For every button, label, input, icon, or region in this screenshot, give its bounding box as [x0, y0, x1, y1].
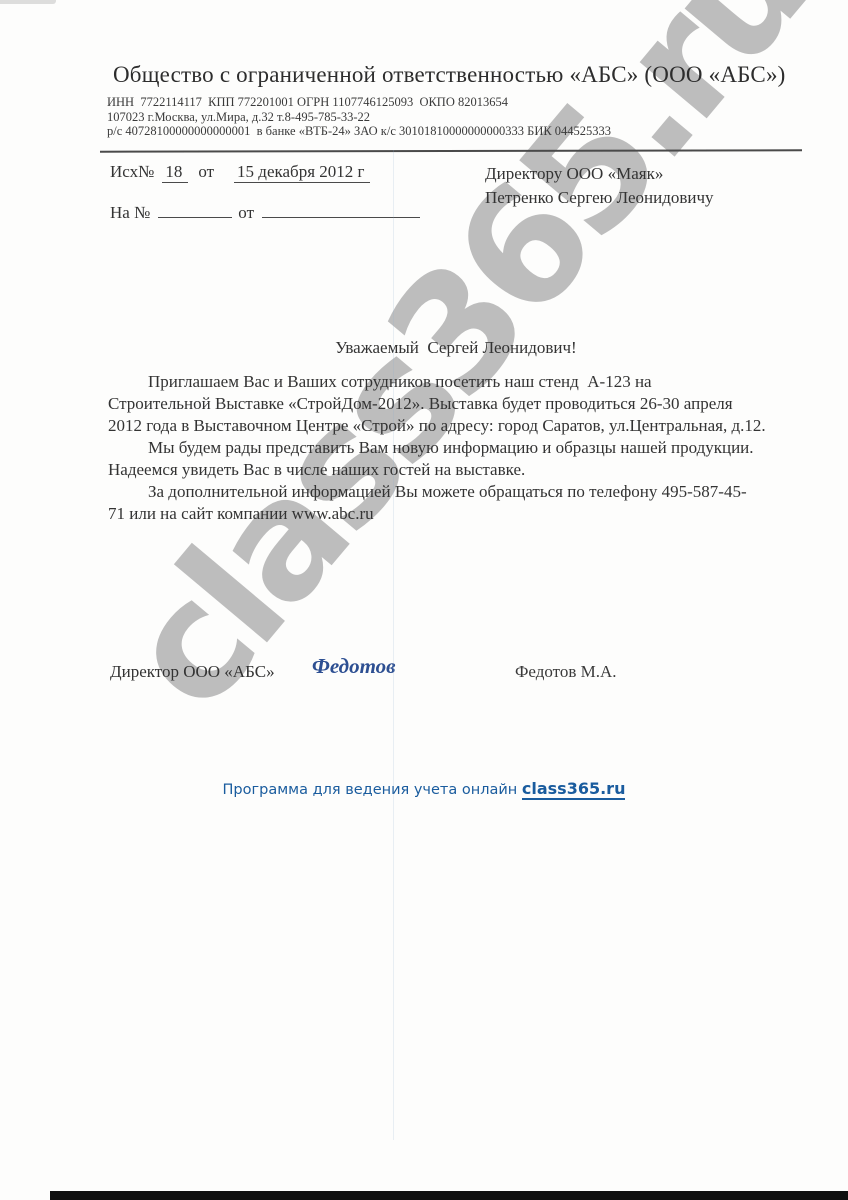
scan-corner-smudge: [0, 0, 56, 4]
incoming-ref-label: На №: [110, 203, 150, 222]
signature-position: Директор ООО «АБС»: [110, 662, 275, 682]
paragraph-invitation: Приглашаем Вас и Ваших сотрудников посет…: [108, 371, 804, 437]
signature-name: Федотов М.А.: [515, 662, 617, 682]
outgoing-ref-number: 18: [162, 162, 188, 183]
greeting-line: Уважаемый Сергей Леонидович!: [108, 337, 804, 359]
outgoing-reference-line: Исх№18от15 декабря 2012 г: [110, 162, 370, 182]
outgoing-ref-from-word: от: [198, 162, 214, 181]
recipient-line-1: Директору ООО «Маяк»: [485, 162, 714, 186]
letter-body: Уважаемый Сергей Леонидович! Приглашаем …: [108, 337, 804, 525]
recipient-block: Директору ООО «Маяк» Петренко Сергею Лео…: [485, 162, 714, 210]
recipient-line-2: Петренко Сергею Леонидовичу: [485, 186, 714, 210]
company-title: Общество с ограниченной ответственностью…: [113, 62, 798, 88]
incoming-ref-date-blank: [262, 202, 420, 218]
paragraph-contacts: За дополнительной информацией Вы можете …: [108, 481, 804, 525]
document-page: class365.ru Общество с ограниченной отве…: [0, 0, 848, 1200]
company-bank-line: р/с 40728100000000000001 в банке «ВТБ-24…: [107, 124, 798, 139]
footer-site-link[interactable]: class365.ru: [522, 779, 626, 800]
footer-caption: Программа для ведения учета онлайн: [223, 782, 518, 798]
outgoing-ref-label: Исх№: [110, 162, 154, 181]
incoming-ref-from-word: от: [238, 203, 254, 222]
scan-artifact-line: [393, 150, 394, 1140]
outgoing-ref-date: 15 декабря 2012 г: [234, 162, 370, 183]
header-divider: [100, 149, 802, 152]
bottom-black-bar: [50, 1191, 848, 1200]
company-address-line: 107023 г.Москва, ул.Мира, д.32 т.8-495-7…: [107, 110, 798, 125]
company-requisites-line: ИНН 7722114117 КПП 772201001 ОГРН 110774…: [107, 95, 798, 110]
incoming-ref-number-blank: [158, 202, 232, 218]
footer-promo: Программа для ведения учета онлайн class…: [0, 779, 848, 798]
letterhead: Общество с ограниченной ответственностью…: [107, 62, 798, 139]
incoming-reference-line: На №от: [110, 202, 420, 223]
paragraph-products: Мы будем рады представить Вам новую инфо…: [108, 437, 804, 481]
signature-autograph: Федотов: [312, 654, 396, 679]
